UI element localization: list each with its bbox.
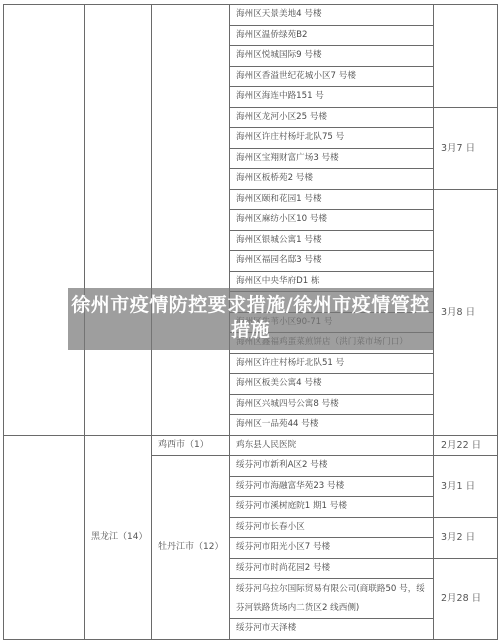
address-cell: 绥芬河乌拉尔国际贸易有限公司(商联路50 号，绥芬河铁路货场内二货区2 线西侧) <box>230 579 434 619</box>
address-cell: 海州区板美公寓4 号楼 <box>230 374 434 395</box>
address-cell: 绥芬河市新利A区2 号楼 <box>230 456 434 477</box>
address-cell: 海州区天景美地4 号楼 <box>230 5 434 26</box>
address-cell: 海州区银城公寓1 号楼 <box>230 230 434 251</box>
date-cell: 3月8 日 <box>434 189 498 435</box>
address-cell: 绥芬河市时尚花园2 号楼 <box>230 558 434 579</box>
address-cell: 海州区板桥苑2 号楼 <box>230 169 434 190</box>
address-cell: 海州区温侨绿苑B2 <box>230 25 434 46</box>
address-cell: 海州区兴城四号公寓8 号楼 <box>230 394 434 415</box>
address-cell: 海州区龙河小区25 号楼 <box>230 107 434 128</box>
address-cell: 海州区海连中路151 号 <box>230 87 434 108</box>
city-cell-blank <box>152 5 230 436</box>
province-cell: 黑龙江（14） <box>85 435 152 639</box>
date-cell: 2月28 日 <box>434 558 498 639</box>
date-cell: 3月2 日 <box>434 517 498 558</box>
address-cell: 海州区许庄村杨圩北队51 号 <box>230 353 434 374</box>
address-cell: 海州区悦城国际9 号楼 <box>230 46 434 67</box>
address-cell: 海州区宝翔财富广场3 号楼 <box>230 148 434 169</box>
date-cell: 3月7 日 <box>434 107 498 189</box>
region-cell-blank <box>4 435 85 639</box>
address-cell: 绥芬河市溪树庭院1 期1 号楼 <box>230 497 434 518</box>
date-cell <box>434 5 498 108</box>
address-cell: 海州区福园名邸3 号楼 <box>230 251 434 272</box>
address-cell: 海州区麻纺小区10 号楼 <box>230 210 434 231</box>
region-cell-blank <box>4 5 85 436</box>
sub-region-cell-blank <box>85 5 152 436</box>
article-title-overlay: 徐州市疫情防控要求措施/徐州市疫情管控措施 <box>68 288 433 350</box>
address-cell: 绥芬河市阳光小区7 号楼 <box>230 538 434 559</box>
date-cell: 3月1 日 <box>434 456 498 518</box>
address-cell: 绥芬河市长春小区 <box>230 517 434 538</box>
address-cell: 海州区一品苑44 号楼 <box>230 415 434 436</box>
date-cell: 2月22 日 <box>434 435 498 456</box>
address-cell: 海州区许庄村杨圩北队75 号 <box>230 128 434 149</box>
address-cell: 鸡东县人民医院 <box>230 435 434 456</box>
address-cell: 绥芬河市天泽楼 <box>230 619 434 640</box>
address-cell: 绥芬河市海融富华苑23 号楼 <box>230 476 434 497</box>
city-cell: 牡丹江市（12） <box>152 456 230 640</box>
address-cell: 海州区颐和花园1 号楼 <box>230 189 434 210</box>
address-cell: 海州区香溢世纪花城小区7 号楼 <box>230 66 434 87</box>
city-cell: 鸡西市（1） <box>152 435 230 456</box>
